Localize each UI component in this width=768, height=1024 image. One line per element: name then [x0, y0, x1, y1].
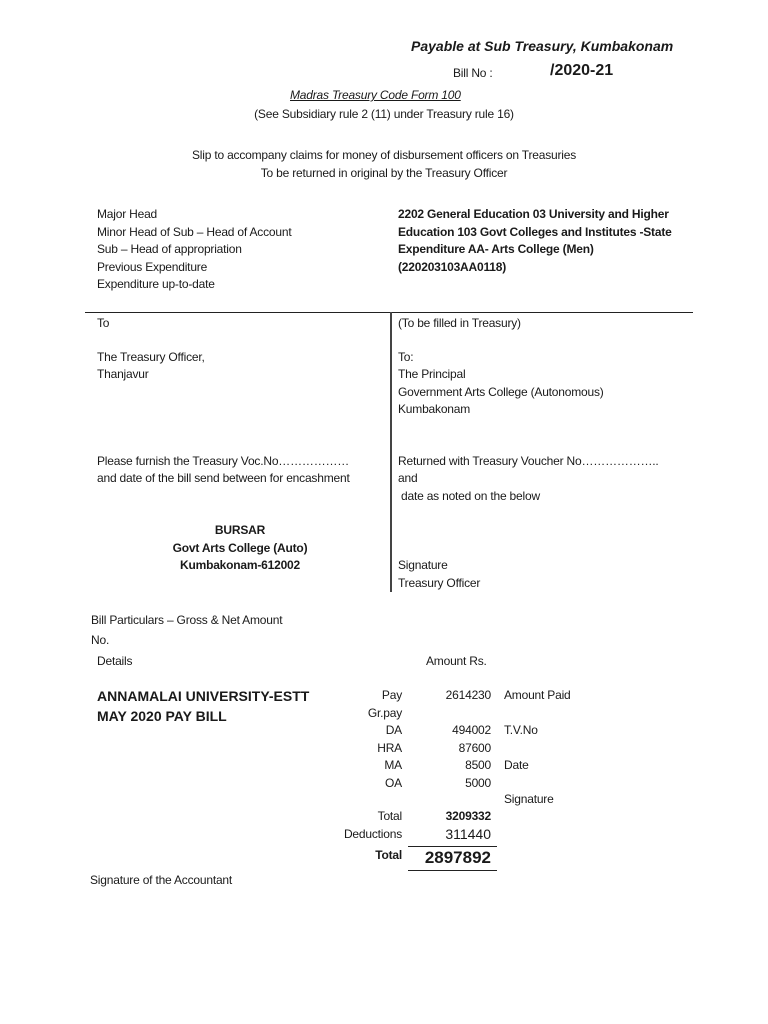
- head-value-line-2: Education 103 Govt Colleges and Institut…: [398, 224, 672, 242]
- major-head-label: Major Head: [97, 206, 291, 224]
- bill-particulars-title: Bill Particulars – Gross & Net Amount: [91, 613, 282, 627]
- sub-head-label: Sub – Head of appropriation: [97, 241, 291, 259]
- bill-description-line-1: ANNAMALAI UNIVERSITY-ESTT: [97, 688, 309, 704]
- item-label: HRA: [300, 741, 402, 755]
- payable-heading: Payable at Sub Treasury, Kumbakonam: [411, 38, 673, 54]
- amount-paid-signature: Signature: [504, 792, 554, 806]
- bill-no-label: Bill No :: [453, 66, 493, 80]
- item-amount: 8500: [400, 758, 491, 772]
- bursar-college: Govt Arts College (Auto): [140, 541, 340, 555]
- expenditure-to-date-label: Expenditure up-to-date: [97, 276, 291, 294]
- head-value-line-4: (220203103AA0118): [398, 259, 672, 277]
- furnish-line-1: Please furnish the Treasury Voc.No………………: [97, 454, 349, 468]
- net-total-value: 2897892: [400, 848, 491, 868]
- slip-line-2: To be returned in original by the Treasu…: [0, 166, 768, 180]
- item-amount: 5000: [400, 776, 491, 790]
- bill-no-label-2: No.: [91, 633, 109, 647]
- treasury-officer-signature: Treasury Officer: [398, 576, 480, 590]
- item-note: T.V.No: [504, 723, 538, 737]
- item-amount: 87600: [400, 741, 491, 755]
- to-label: To: [97, 316, 109, 330]
- total-bottom-rule: [408, 870, 497, 871]
- section-divider: [85, 312, 693, 313]
- bursar-address: Kumbakonam-612002: [140, 558, 340, 572]
- bill-no-value: /2020-21: [550, 62, 613, 80]
- details-header: Details: [97, 654, 132, 668]
- item-amount: 494002: [400, 723, 491, 737]
- returned-line-2: and: [398, 471, 417, 485]
- previous-expenditure-label: Previous Expenditure: [97, 259, 291, 277]
- item-label: OA: [300, 776, 402, 790]
- heads-labels: Major Head Minor Head of Sub – Head of A…: [97, 206, 291, 294]
- head-value-line-3: Expenditure AA- Arts College (Men): [398, 241, 672, 259]
- minor-head-label: Minor Head of Sub – Head of Account: [97, 224, 291, 242]
- item-label: Pay: [300, 688, 402, 702]
- slip-line-1: Slip to accompany claims for money of di…: [0, 148, 768, 162]
- amount-header: Amount Rs.: [426, 654, 487, 668]
- item-amount: 2614230: [400, 688, 491, 702]
- subsidiary-rule: (See Subsidiary rule 2 (11) under Treasu…: [0, 107, 768, 121]
- deductions-value: 311440: [400, 826, 491, 842]
- net-total-label: Total: [300, 848, 402, 862]
- item-note: Date: [504, 758, 529, 772]
- item-label: DA: [300, 723, 402, 737]
- item-label: Gr.pay: [300, 706, 402, 720]
- form-title: Madras Treasury Code Form 100: [290, 88, 461, 102]
- filled-note: (To be filled in Treasury): [398, 316, 521, 330]
- head-value-line-1: 2202 General Education 03 University and…: [398, 206, 672, 224]
- total-value: 3209332: [400, 809, 491, 823]
- principal-college: Government Arts College (Autonomous): [398, 385, 604, 399]
- signature-label: Signature: [398, 558, 448, 572]
- column-divider: [390, 312, 392, 592]
- bursar-title: BURSAR: [140, 523, 340, 537]
- treasury-officer: The Treasury Officer,: [97, 350, 205, 364]
- returned-line-3: date as noted on the below: [401, 489, 540, 503]
- principal-place: Kumbakonam: [398, 402, 470, 416]
- item-label: MA: [300, 758, 402, 772]
- treasury-place: Thanjavur: [97, 367, 149, 381]
- total-top-rule: [408, 846, 497, 847]
- furnish-line-2: and date of the bill send between for en…: [97, 471, 350, 485]
- item-note: Amount Paid: [504, 688, 571, 702]
- returned-line-1: Returned with Treasury Voucher No……………….…: [398, 454, 659, 468]
- principal: The Principal: [398, 367, 465, 381]
- accountant-signature: Signature of the Accountant: [90, 873, 232, 887]
- deductions-label: Deductions: [300, 827, 402, 841]
- total-label: Total: [300, 809, 402, 823]
- heads-values: 2202 General Education 03 University and…: [398, 206, 672, 276]
- to-label-right: To:: [398, 350, 413, 364]
- bill-description-line-2: MAY 2020 PAY BILL: [97, 708, 227, 724]
